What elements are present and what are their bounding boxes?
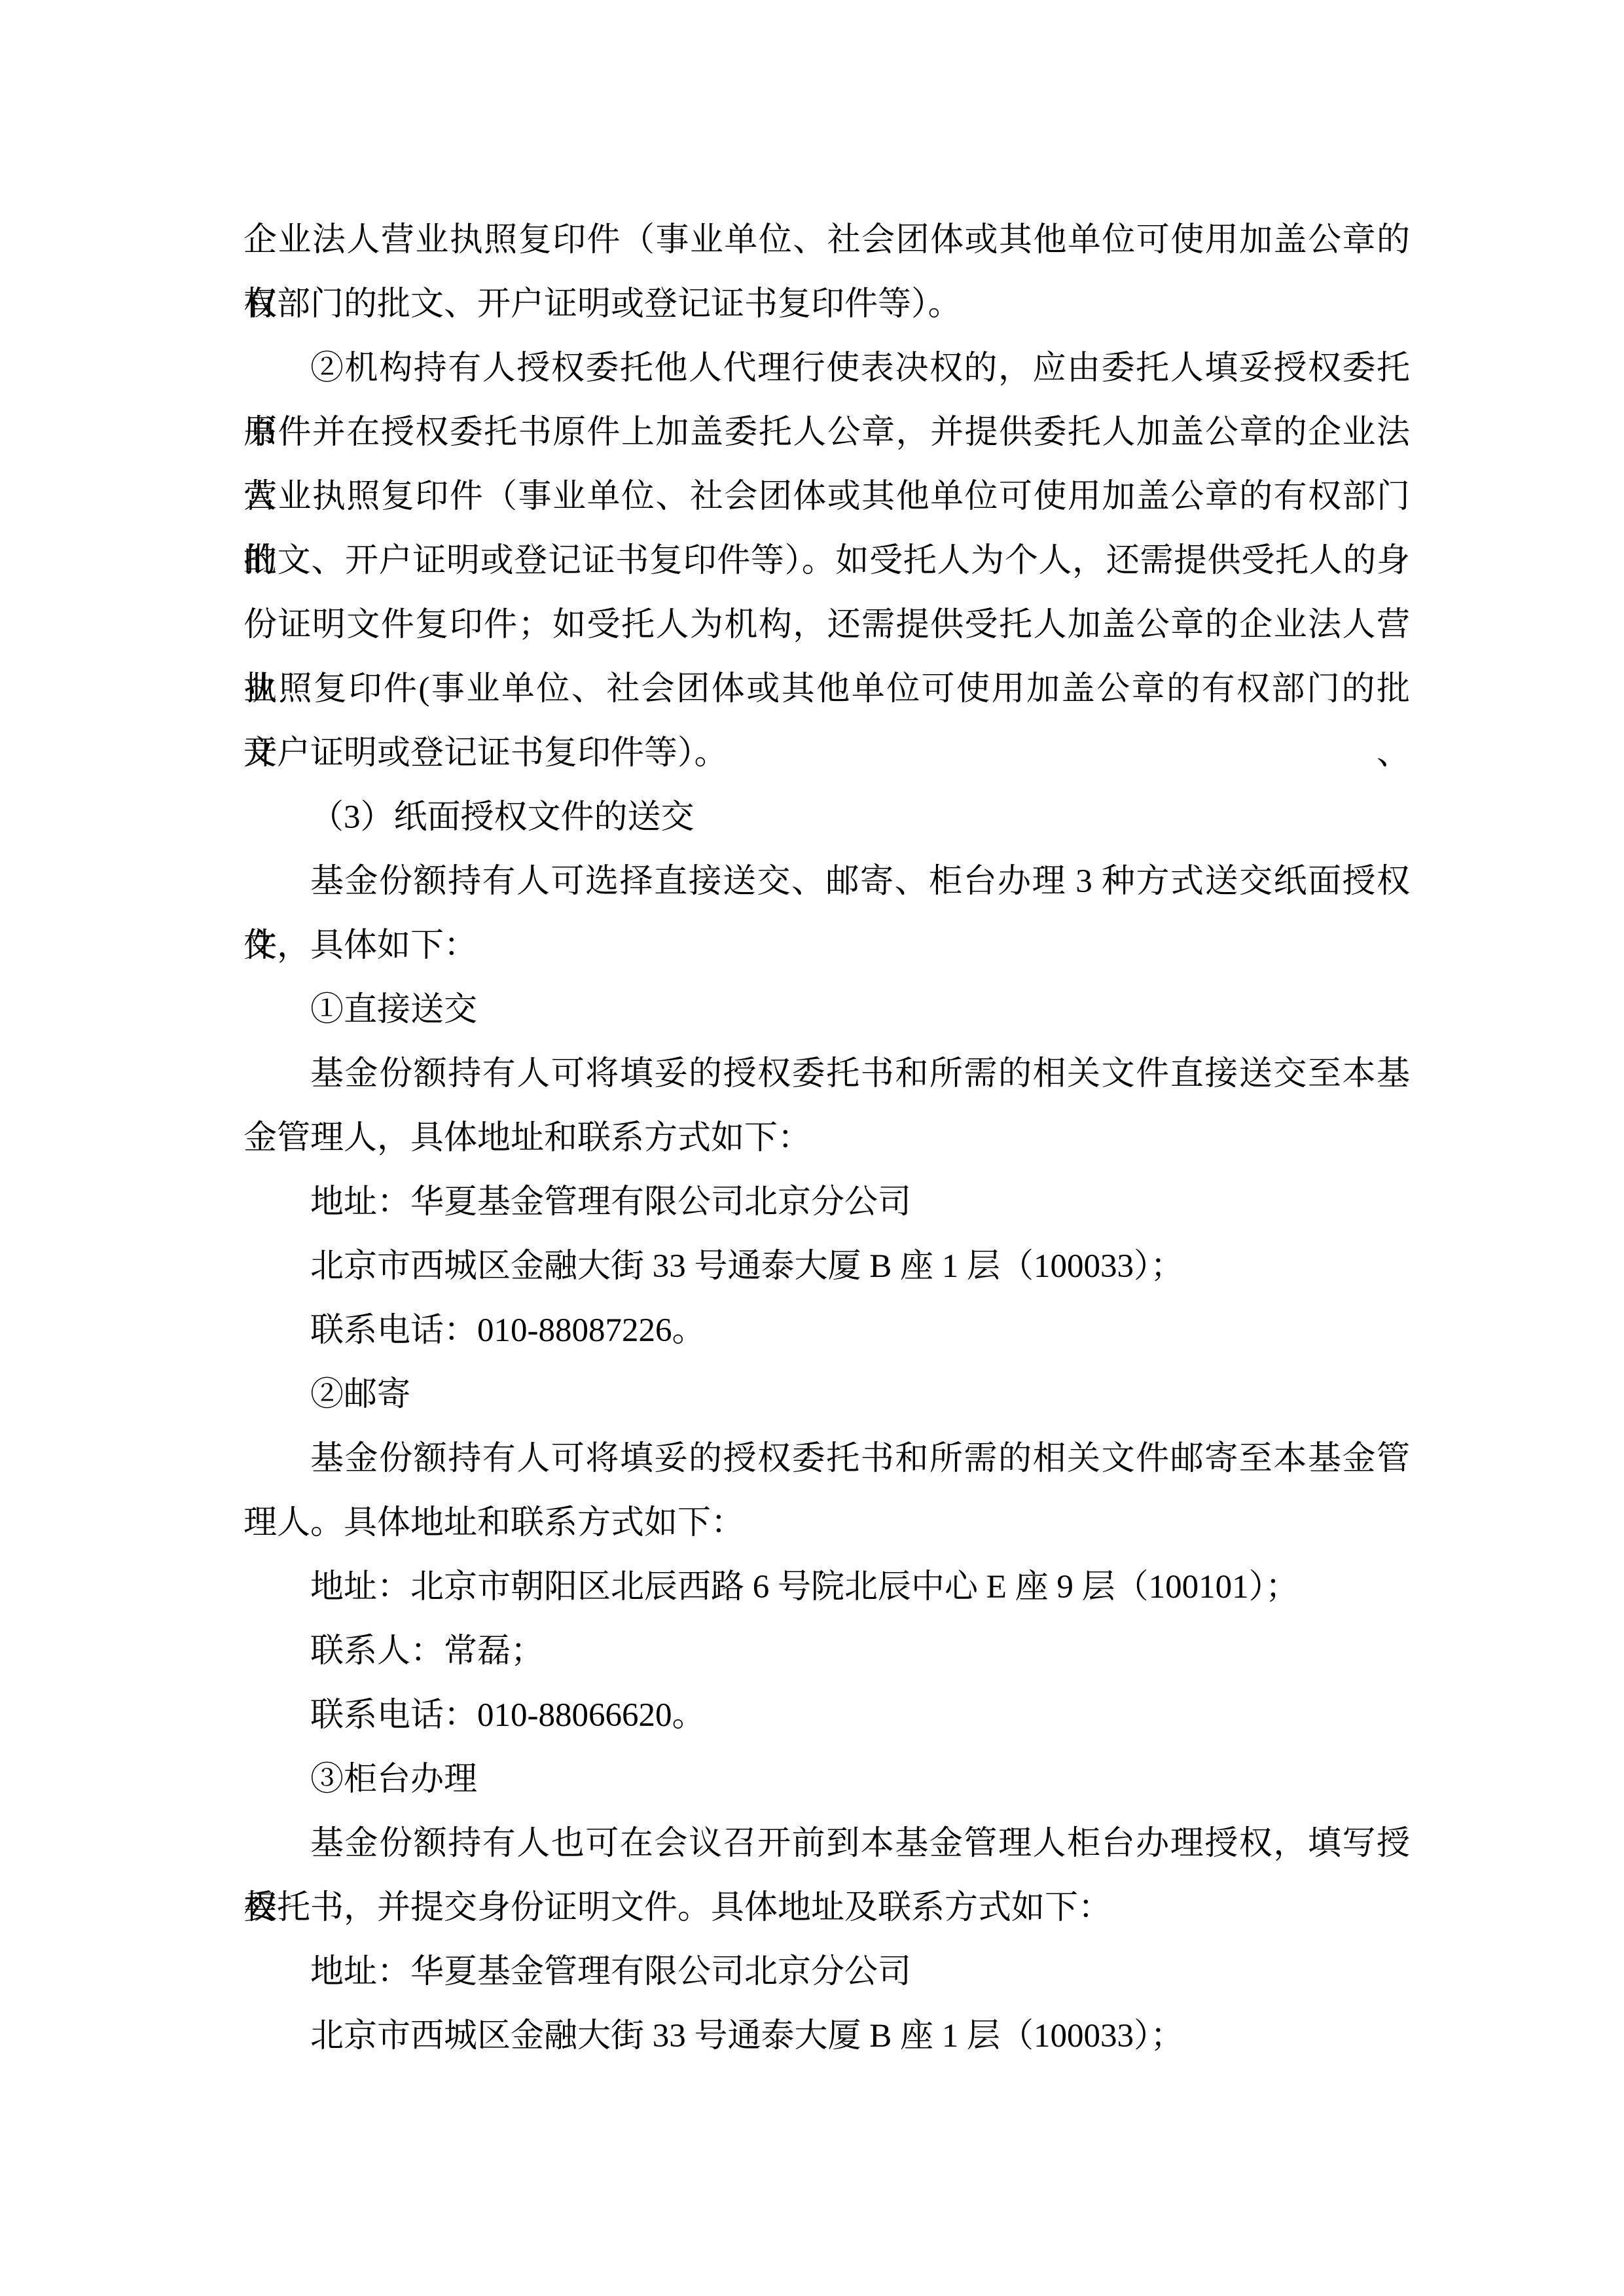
document-page: 企业法人营业执照复印件（事业单位、社会团体或其他单位可使用加盖公章的有 权部门的… — [0, 0, 1624, 2296]
address-line: 地址：北京市朝阳区北辰西路 6 号院北辰中心 E 座 9 层（100101）； — [244, 1555, 1410, 1619]
address-line: 北京市西城区金融大街 33 号通泰大厦 B 座 1 层（100033）； — [244, 2004, 1410, 2068]
text-line: 委托书，并提交身份证明文件。具体地址及联系方式如下： — [244, 1876, 1410, 1940]
text-line: 份证明文件复印件；如受托人为机构，还需提供受托人加盖公章的企业法人营业 — [244, 593, 1410, 657]
address-line: 地址：华夏基金管理有限公司北京分公司 — [244, 1940, 1410, 2004]
text-line: 基金份额持有人可将填妥的授权委托书和所需的相关文件邮寄至本基金管 — [244, 1427, 1410, 1491]
address-line: 北京市西城区金融大街 33 号通泰大厦 B 座 1 层（100033）； — [244, 1234, 1410, 1299]
list-item-heading: ③柜台办理 — [244, 1748, 1410, 1812]
text-line: 基金份额持有人可选择直接送交、邮寄、柜台办理 3 种方式送交纸面授权文 — [244, 850, 1410, 914]
text-line: ②机构持有人授权委托他人代理行使表决权的，应由委托人填妥授权委托书 — [244, 336, 1410, 401]
phone-line: 联系电话：010-88066620。 — [244, 1683, 1410, 1748]
section-heading: （3）纸面授权文件的送交 — [244, 785, 1410, 850]
text-line: 金管理人，具体地址和联系方式如下： — [244, 1106, 1410, 1170]
text-line: 企业法人营业执照复印件（事业单位、社会团体或其他单位可使用加盖公章的有 — [244, 208, 1410, 272]
text-line: 基金份额持有人也可在会议召开前到本基金管理人柜台办理授权，填写授权 — [244, 1812, 1410, 1876]
text-line: 批文、开户证明或登记证书复印件等）。如受托人为个人，还需提供受托人的身 — [244, 529, 1410, 593]
text-line: 执照复印件(事业单位、社会团体或其他单位可使用加盖公章的有权部门的批文、 — [244, 657, 1410, 721]
text-line: 件，具体如下： — [244, 914, 1410, 978]
text-line: 权部门的批文、开户证明或登记证书复印件等）。 — [244, 272, 1410, 336]
phone-line: 联系电话：010-88087226。 — [244, 1299, 1410, 1363]
list-item-heading: ①直接送交 — [244, 978, 1410, 1042]
document-text-block: 企业法人营业执照复印件（事业单位、社会团体或其他单位可使用加盖公章的有 权部门的… — [244, 208, 1410, 2068]
text-line: 理人。具体地址和联系方式如下： — [244, 1491, 1410, 1555]
text-line: 原件并在授权委托书原件上加盖委托人公章，并提供委托人加盖公章的企业法人 — [244, 401, 1410, 465]
text-line: 基金份额持有人可将填妥的授权委托书和所需的相关文件直接送交至本基 — [244, 1042, 1410, 1106]
text-line: 营业执照复印件（事业单位、社会团体或其他单位可使用加盖公章的有权部门的 — [244, 465, 1410, 529]
address-line: 地址：华夏基金管理有限公司北京分公司 — [244, 1170, 1410, 1234]
list-item-heading: ②邮寄 — [244, 1363, 1410, 1427]
contact-line: 联系人：常磊； — [244, 1619, 1410, 1683]
